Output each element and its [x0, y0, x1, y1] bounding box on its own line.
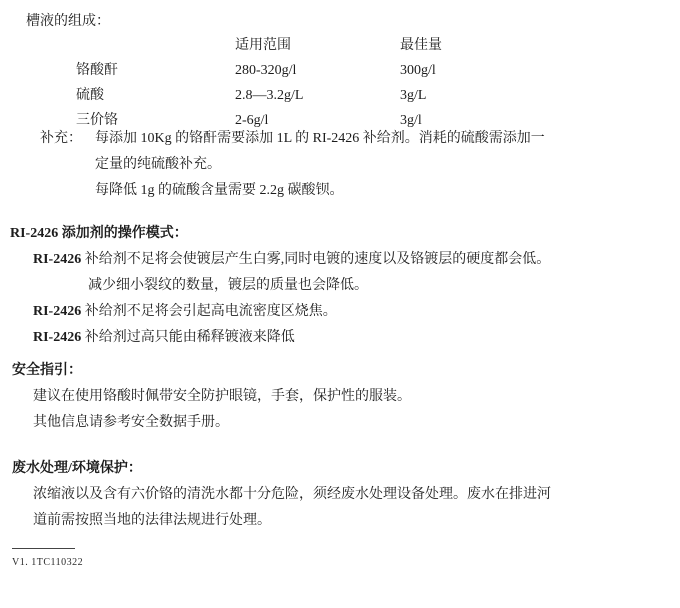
row-name: 铬酸酐	[76, 58, 235, 83]
waste-section: 废水处理/环境保护： 浓缩液以及含有六价铬的清洗水都十分危险，须经废水处理设备处…	[12, 456, 551, 534]
additive-line: RI-2426 补给剂不足将会引起高电流密度区烧焦。	[10, 299, 550, 325]
safety-line: 其他信息请参考安全数据手册。	[12, 410, 411, 436]
supplement-line: 每添加 10Kg 的铬酐需要添加 1L 的 RI-2426 补给剂。消耗的硫酸需…	[95, 126, 545, 152]
additive-line-text: 补给剂不足将会引起高电流密度区烧焦。	[81, 304, 337, 319]
col-header-best: 最佳量	[400, 33, 540, 58]
row-name: 硫酸	[76, 83, 235, 108]
additive-section: RI-2426 添加剂的操作模式： RI-2426 补给剂不足将会使镀层产生白雾…	[10, 221, 550, 351]
supplement-lines: 每添加 10Kg 的铬酐需要添加 1L 的 RI-2426 补给剂。消耗的硫酸需…	[95, 126, 545, 204]
safety-section: 安全指引： 建议在使用铬酸时佩带安全防护眼镜，手套，保护性的服装。 其他信息请参…	[12, 358, 411, 436]
waste-line: 道前需按照当地的法律法规进行处理。	[12, 508, 551, 534]
waste-heading: 废水处理/环境保护：	[12, 456, 551, 482]
waste-line: 浓缩液以及含有六价铬的清洗水都十分危险，须经废水处理设备处理。废水在排进河	[12, 482, 551, 508]
additive-line: RI-2426 补给剂不足将会使镀层产生白雾,同时电镀的速度以及铬镀层的硬度都会…	[10, 247, 550, 273]
additive-line-prefix: RI-2426	[33, 304, 81, 319]
supplement-note: 补充： 每添加 10Kg 的铬酐需要添加 1L 的 RI-2426 补给剂。消耗…	[40, 126, 545, 204]
row-range: 280-320g/l	[235, 58, 400, 83]
additive-line-prefix: RI-2426	[33, 252, 81, 267]
row-best: 300g/l	[400, 58, 540, 83]
additive-line-prefix: RI-2426	[33, 330, 81, 345]
additive-line: RI-2426 补给剂过高只能由稀释镀液来降低	[10, 325, 550, 351]
document-page: 槽液的组成： 适用范围 最佳量 铬酸酐 280-320g/l 300g/l 硫酸…	[0, 0, 680, 608]
supplement-label: 补充：	[40, 126, 95, 152]
additive-heading: RI-2426 添加剂的操作模式：	[10, 221, 550, 247]
table-header-row: 适用范围 最佳量	[76, 33, 540, 58]
additive-line-text: 补给剂过高只能由稀释镀液来降低	[81, 330, 295, 345]
table-row: 硫酸 2.8—3.2g/L 3g/L	[76, 83, 540, 108]
supplement-line: 定量的纯硫酸补充。	[95, 152, 545, 178]
version-text: V1. 1TC110322	[12, 557, 83, 569]
additive-line: 减少细小裂纹的数量，镀层的质量也会降低。	[10, 273, 550, 299]
col-header-range: 适用范围	[235, 33, 400, 58]
additive-line-text: 减少细小裂纹的数量，镀层的质量也会降低。	[88, 278, 368, 293]
table-header-spacer	[76, 33, 235, 58]
supplement-line: 每降低 1g 的硫酸含量需要 2.2g 碳酸钡。	[95, 178, 545, 204]
additive-line-text: 补给剂不足将会使镀层产生白雾,同时电镀的速度以及铬镀层的硬度都会低。	[81, 252, 550, 267]
footer-divider	[12, 548, 75, 549]
safety-line: 建议在使用铬酸时佩带安全防护眼镜，手套，保护性的服装。	[12, 384, 411, 410]
bath-composition-title: 槽液的组成：	[26, 9, 110, 35]
row-range: 2.8—3.2g/L	[235, 83, 400, 108]
composition-table: 适用范围 最佳量 铬酸酐 280-320g/l 300g/l 硫酸 2.8—3.…	[76, 33, 540, 133]
table-row: 铬酸酐 280-320g/l 300g/l	[76, 58, 540, 83]
row-best: 3g/L	[400, 83, 540, 108]
safety-heading: 安全指引：	[12, 358, 411, 384]
